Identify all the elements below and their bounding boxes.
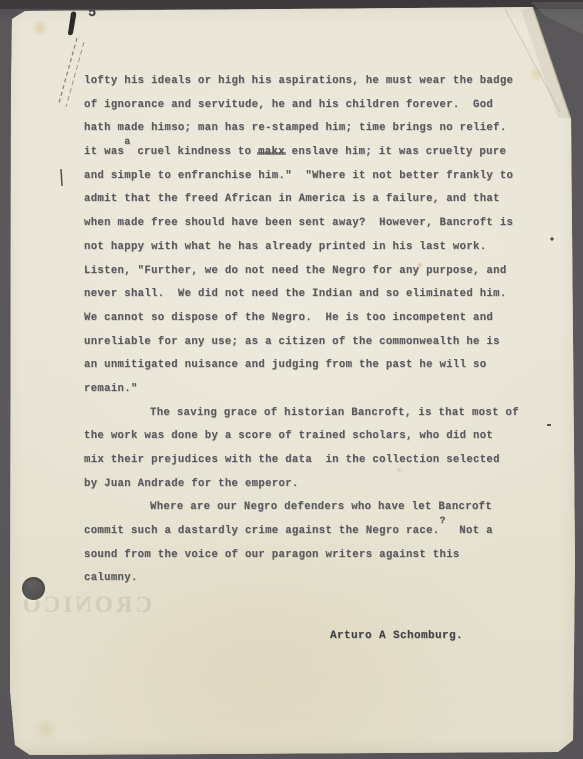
text-line: the work was done by a score of trained …	[84, 425, 536, 449]
margin-pen-tick	[61, 169, 62, 186]
line-segment: calumny.	[84, 572, 138, 584]
text-line: lofty his ideals or high his aspirations…	[84, 70, 536, 94]
text-line: it wasa cruel kindness to makx enslave h…	[84, 141, 536, 165]
edge-speck-1	[550, 237, 553, 240]
text-line: never shall. We did not need the Indian …	[84, 283, 536, 307]
line-segment: the work was done by a score of trained …	[84, 430, 493, 442]
text-line: admit that the freed African in America …	[84, 188, 536, 212]
line-segment: and simple to enfranchise him." "Where i…	[84, 170, 513, 182]
annotation-struck: makx	[258, 146, 285, 158]
text-line: sound from the voice of our paragon writ…	[84, 544, 536, 568]
line-segment: hath made himso; man has re-stamped him;…	[84, 122, 507, 134]
text-line: not happy with what he has already print…	[84, 236, 536, 260]
scan-background: 5 lofty his ideals or high his aspiratio…	[0, 0, 583, 759]
line-segment: unreliable for any use; as a citizen of …	[84, 336, 500, 348]
text-line: an unmitigated nuisance and judging from…	[84, 354, 536, 378]
line-segment: admit that the freed African in America …	[84, 193, 500, 205]
line-segment: when made free should have been sent awa…	[84, 217, 513, 229]
text-line: We cannot so dispose of the Negro. He is…	[84, 307, 536, 331]
annotation-sup-insert: a	[124, 137, 130, 148]
signature-line: Arturo A Schomburg.	[330, 630, 463, 642]
text-line: commit such a dastardly crime against th…	[84, 520, 536, 544]
typewritten-text: lofty his ideals or high his aspirations…	[84, 70, 536, 591]
edge-speck-2	[547, 424, 551, 426]
pen-scratch-1	[59, 38, 77, 103]
fold-crease-line	[533, 7, 571, 118]
line-segment: an unmitigated nuisance and judging from…	[84, 359, 486, 371]
line-segment: not happy with what he has already print…	[84, 241, 486, 253]
line-segment: it was	[84, 146, 124, 158]
line-segment: Not a	[446, 525, 493, 537]
page-number: 5	[88, 6, 96, 21]
text-line: unreliable for any use; as a citizen of …	[84, 331, 536, 355]
text-line: hath made himso; man has re-stamped him;…	[84, 117, 536, 141]
line-segment: sound from the voice of our paragon writ…	[84, 549, 460, 561]
text-line: Where are our Negro defenders who have l…	[84, 496, 536, 520]
pen-blob-mark	[68, 12, 76, 36]
line-segment: The saving grace of historian Bancroft, …	[150, 407, 519, 419]
text-line: The saving grace of historian Bancroft, …	[84, 402, 536, 426]
line-segment: never shall. We did not need the Indian …	[84, 288, 507, 300]
line-segment: We cannot so dispose of the Negro. He is…	[84, 312, 493, 324]
line-segment: by Juan Andrade for the emperor.	[84, 478, 299, 490]
text-line: calumny.	[84, 567, 536, 591]
line-segment: remain."	[84, 383, 138, 395]
annotation-sup-insert: ?	[440, 516, 446, 527]
line-segment: enslave him; it was cruelty pure	[285, 146, 506, 158]
line-segment: lofty his ideals or high his aspirations…	[84, 75, 513, 87]
text-line: when made free should have been sent awa…	[84, 212, 536, 236]
text-line: of ignorance and servitude, he and his c…	[84, 94, 536, 118]
line-segment: mix their prejudices with the data in th…	[84, 454, 500, 466]
text-line: by Juan Andrade for the emperor.	[84, 473, 536, 497]
line-segment: of ignorance and servitude, he and his c…	[84, 99, 493, 111]
text-line: Listen, "Further, we do not need the Neg…	[84, 260, 536, 284]
line-segment: cruel kindness to	[131, 146, 258, 158]
text-line: and simple to enfranchise him." "Where i…	[84, 165, 536, 189]
text-line: mix their prejudices with the data in th…	[84, 449, 536, 473]
pen-scratch-2	[66, 42, 84, 107]
line-segment: Listen, "Further, we do not need the Neg…	[84, 265, 507, 277]
line-segment: Where are our Negro defenders who have l…	[150, 501, 492, 513]
line-segment: commit such a dastardly crime against th…	[84, 525, 440, 537]
punch-hole	[22, 577, 45, 600]
document-page: 5 lofty his ideals or high his aspiratio…	[0, 0, 583, 759]
text-line: remain."	[84, 378, 536, 402]
